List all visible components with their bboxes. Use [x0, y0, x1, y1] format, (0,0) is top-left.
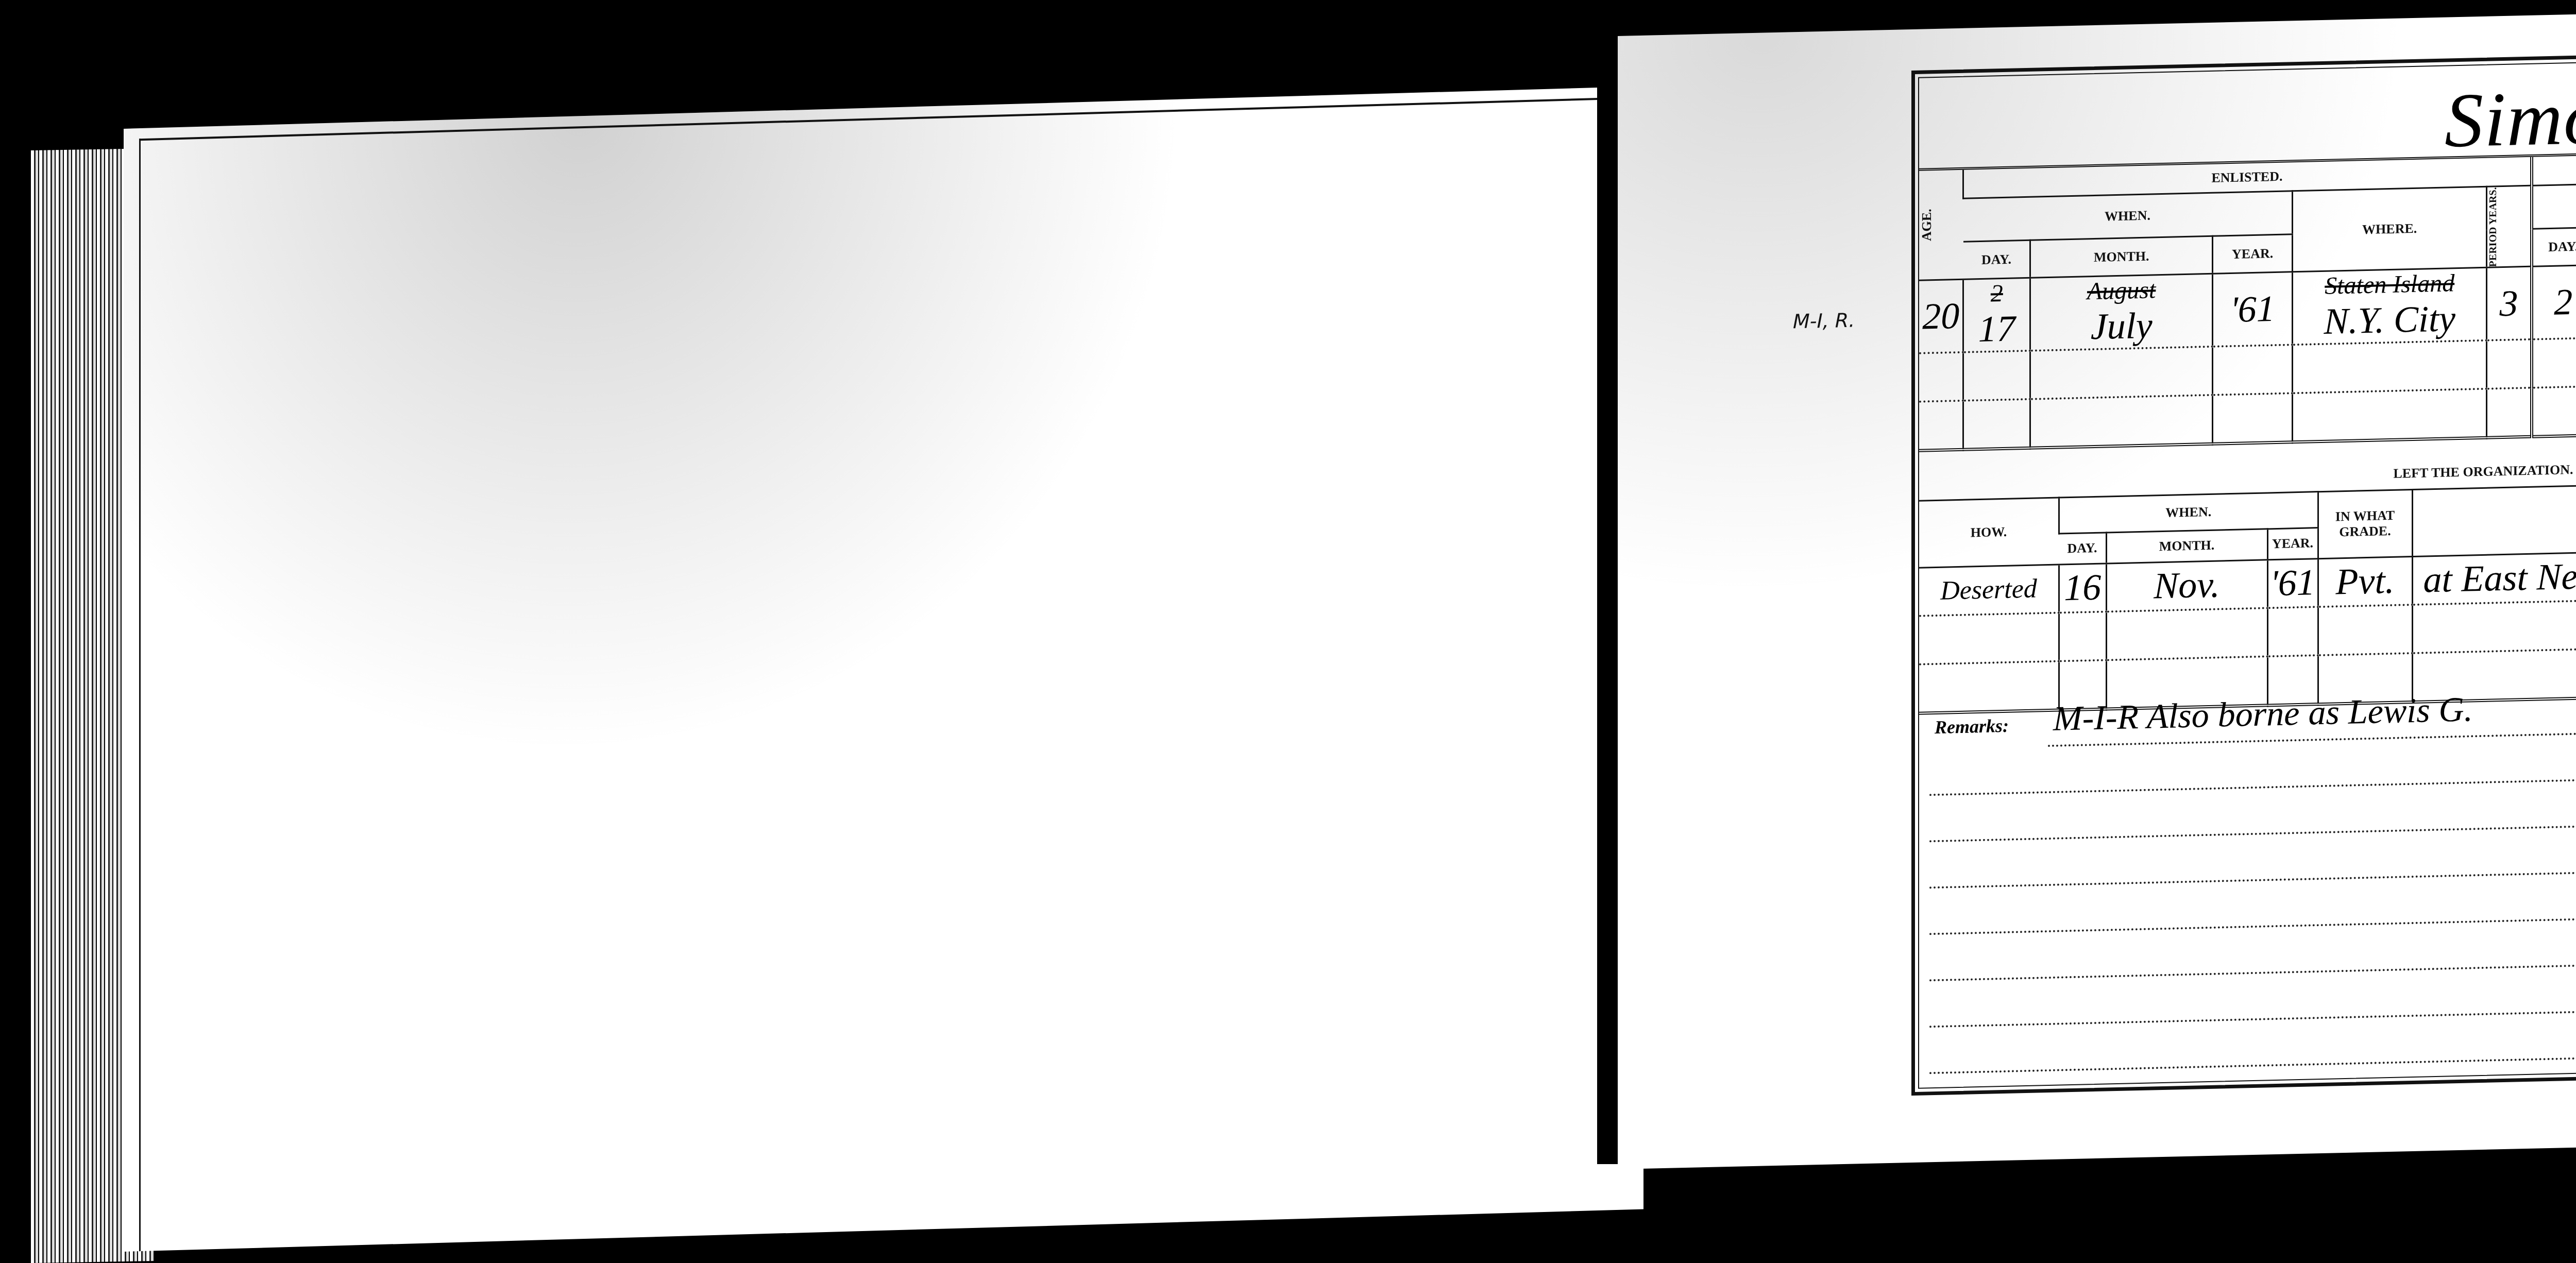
book-gutter	[1597, 57, 1620, 1164]
left-month-value: Nov.	[2106, 559, 2267, 611]
remarks-line	[1929, 1047, 2576, 1074]
remarks-line	[1929, 815, 2576, 842]
remarks-line	[1929, 861, 2576, 889]
remarks-line	[1929, 908, 2576, 935]
how-value: Deserted	[1919, 565, 2059, 616]
left-year-header: Year.	[2267, 527, 2318, 559]
enlisted-month-value: AugustJuly	[2030, 274, 2213, 351]
left-page-blank	[124, 87, 1643, 1252]
name-row: Simons, Louis G. 2661	[1919, 53, 2576, 171]
enlisted-day-value: 217	[1963, 278, 2030, 352]
remarks-label: Remarks:	[1935, 715, 2009, 738]
right-page: M-I, R. Simons, Louis G. 2661 Age. Enlis…	[1618, 3, 2576, 1169]
left-year-value: '61	[2267, 558, 2318, 608]
mustered-when-header: When.	[2532, 178, 2576, 229]
how-header: How.	[1919, 498, 2059, 568]
left-page-frame	[139, 97, 1643, 1252]
ledger-spread: M-I, R. Simons, Louis G. 2661 Age. Enlis…	[0, 0, 2576, 1263]
mustered-day-value: 2	[2532, 265, 2576, 339]
mustered-day-header: Day.	[2532, 228, 2576, 267]
enlisted-year-header: Year.	[2213, 234, 2293, 274]
age-value: 20	[1919, 280, 1963, 353]
left-day-header: Day.	[2059, 532, 2107, 564]
enlisted-mustered-table: Age. Enlisted. Mustered In. When. Where.…	[1919, 145, 2576, 452]
period-value: 3	[2487, 267, 2532, 340]
enlisted-month-header: Month.	[2030, 236, 2213, 278]
period-header: Period Years.	[2487, 185, 2532, 268]
age-header: Age.	[1919, 170, 1963, 281]
in-what-grade-header: In What Grade.	[2318, 489, 2412, 558]
left-day-value: 16	[2059, 563, 2107, 612]
remarks-line	[1929, 1000, 2576, 1028]
remarks-section: Remarks: M-I-R Also borne as Lewis G.	[1919, 676, 2576, 1088]
soldier-name: Simons, Louis G.	[2445, 64, 2576, 165]
enlisted-when-header: When.	[1963, 191, 2293, 242]
service-record-card: Simons, Louis G. 2661 Age. Enlisted. Mus…	[1911, 45, 2576, 1096]
left-organization-table: Left the Organization. How. When. In Wha…	[1919, 444, 2576, 714]
left-grade-value: Pvt.	[2318, 556, 2412, 607]
enlisted-day-header: Day.	[1963, 241, 2030, 280]
margin-note: M-I, R.	[1793, 309, 1855, 333]
enlisted-year-value: '61	[2213, 272, 2293, 347]
enlisted-where-header: Where.	[2293, 186, 2487, 272]
enlisted-where-value: Staten IslandN.Y. City	[2293, 268, 2487, 345]
left-month-header: Month.	[2106, 528, 2267, 563]
card-inner-border: Simons, Louis G. 2661 Age. Enlisted. Mus…	[1918, 52, 2576, 1089]
remarks-line	[1929, 769, 2576, 796]
left-when-header: When.	[2059, 491, 2318, 533]
remarks-line	[1929, 954, 2576, 981]
